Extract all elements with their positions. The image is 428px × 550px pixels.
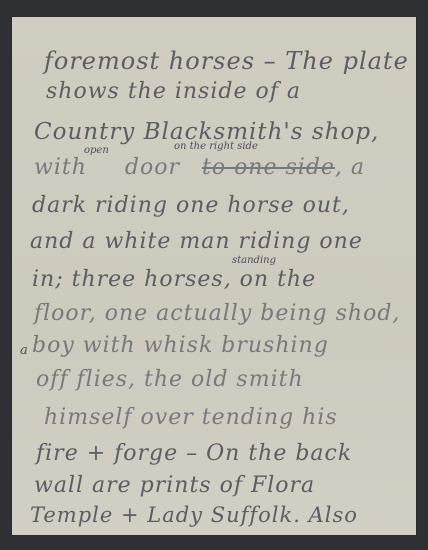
word-with: with bbox=[34, 155, 87, 180]
text-line-10: off flies, the old smith bbox=[36, 367, 304, 392]
word-door: door bbox=[125, 155, 180, 180]
text-line-8: floor, one actually being shod, bbox=[34, 301, 400, 326]
manuscript-page: foremost horses – The plate shows the in… bbox=[12, 17, 416, 535]
text-line-9: boy with whisk brushing bbox=[32, 333, 329, 358]
text-line-7: in; three horses, on the bbox=[32, 267, 316, 292]
struck-text: to one side bbox=[202, 155, 335, 180]
text-line-5: dark riding one horse out, bbox=[32, 193, 350, 218]
text-line-1: foremost horses – The plate bbox=[44, 47, 409, 75]
text-line-14: Temple + Lady Suffolk. Also bbox=[30, 503, 358, 527]
text-line-13: wall are prints of Flora bbox=[34, 473, 315, 498]
interlinear-insert-standing: standing bbox=[232, 255, 276, 266]
text-line-12: fire + forge – On the back bbox=[36, 441, 352, 466]
text-line-6: and a white man riding one bbox=[30, 229, 363, 254]
margin-insert-a: a bbox=[20, 343, 28, 358]
text-line-11: himself over tending his bbox=[44, 405, 338, 430]
line-4-end: , a bbox=[335, 155, 365, 180]
text-line-2: shows the inside of a bbox=[46, 79, 301, 104]
text-line-4: with door to one side, a bbox=[34, 155, 365, 180]
interlinear-insert-right-side: on the right side bbox=[174, 141, 258, 152]
